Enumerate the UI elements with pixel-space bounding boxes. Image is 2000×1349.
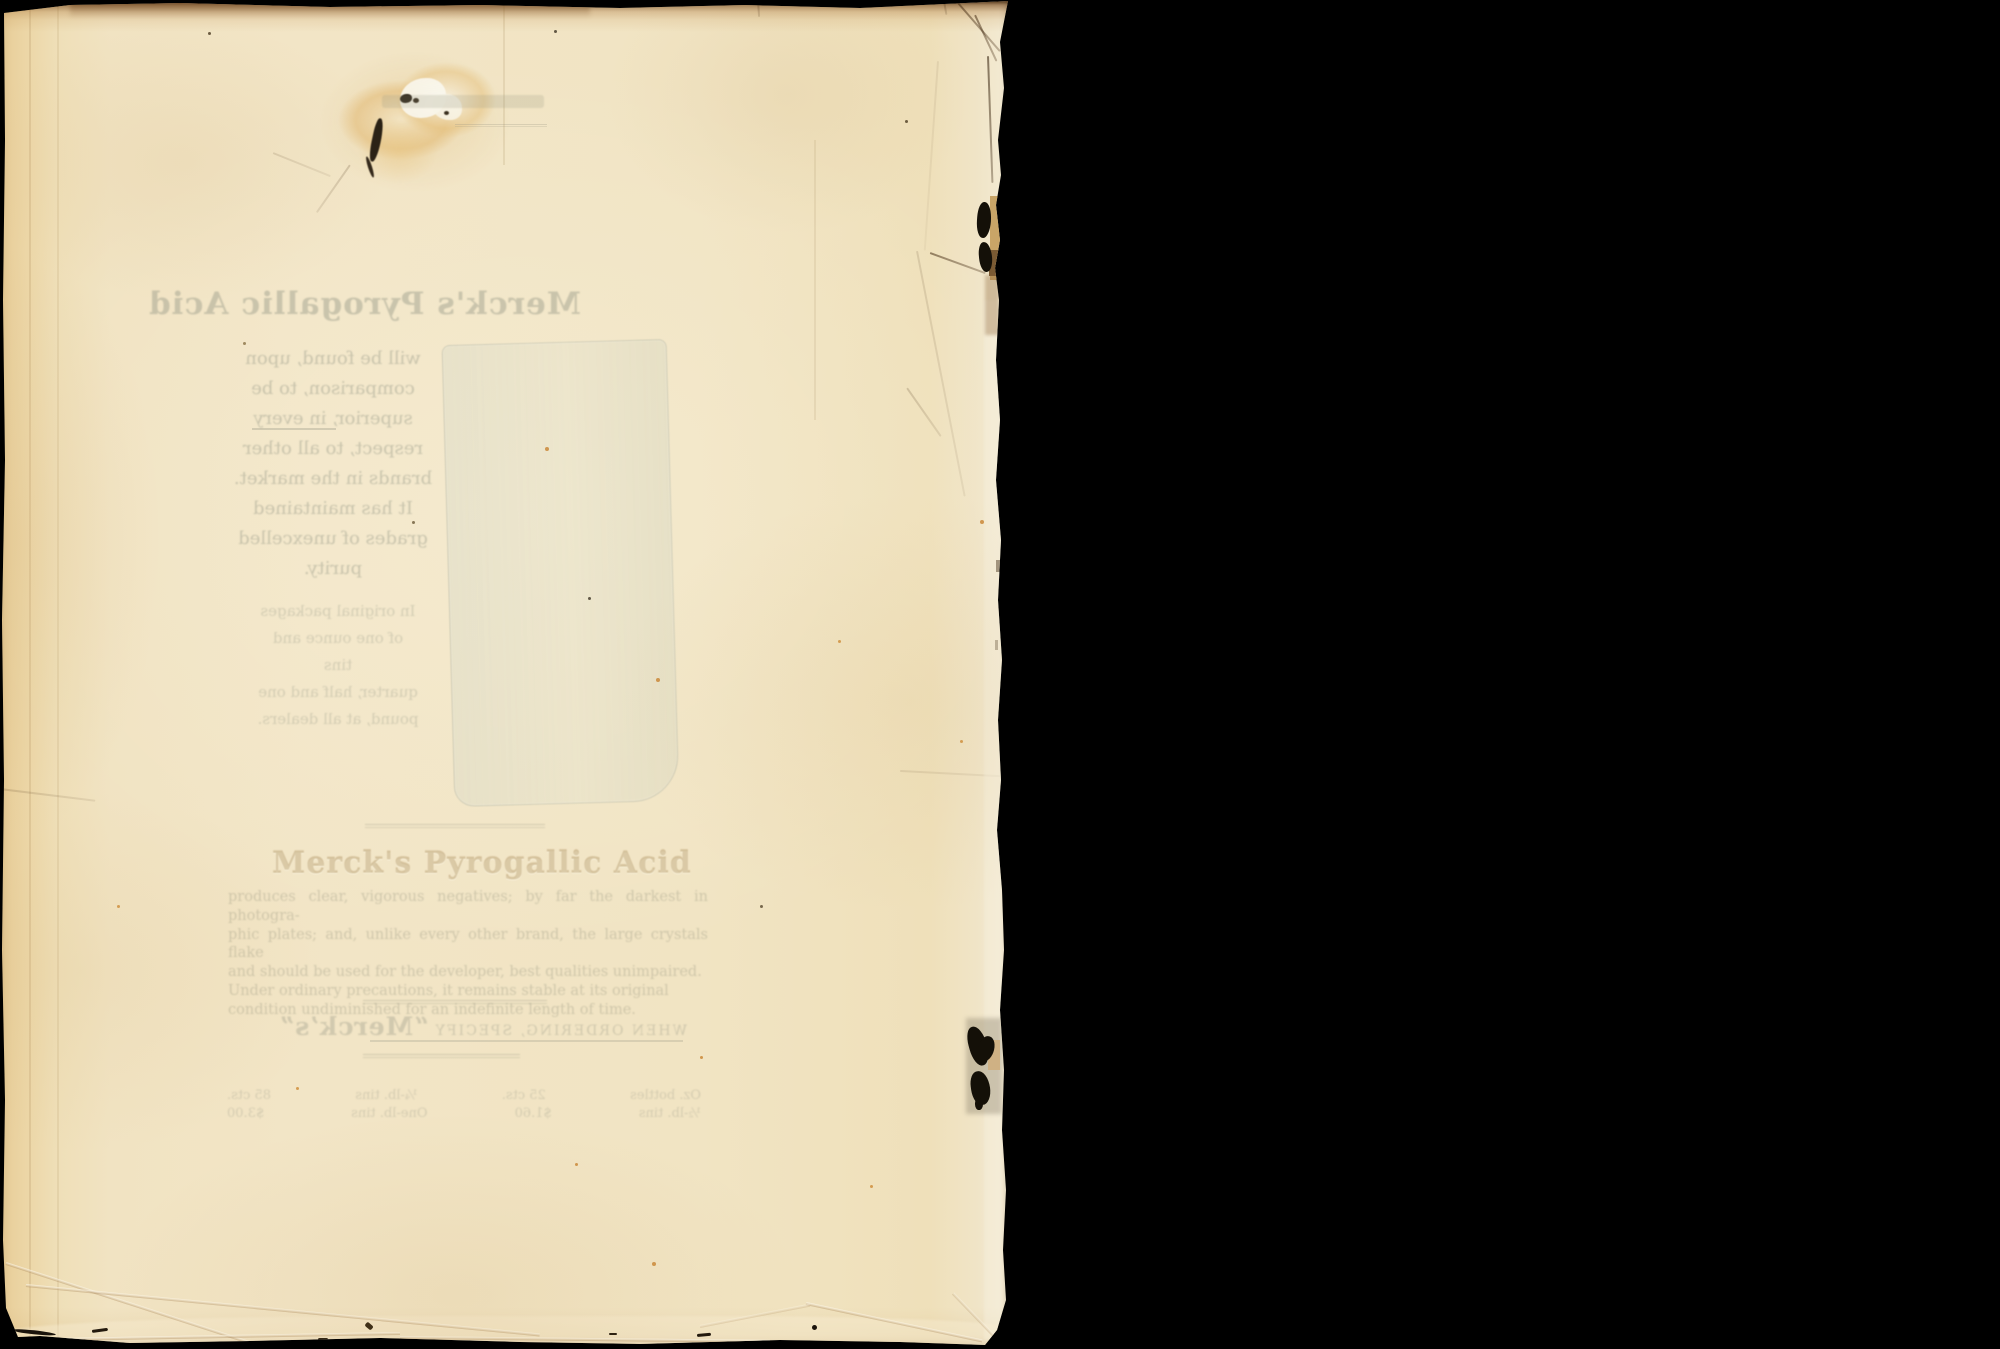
edge-smudge: [985, 275, 999, 335]
ink-mark: [975, 1098, 983, 1110]
torn-edge-highlight: [984, 300, 1002, 1340]
ghost-banner-underline: [370, 1040, 683, 1042]
ghost-price-cell: 25 cts.: [502, 1088, 546, 1103]
foxing-speck: [117, 905, 120, 908]
ghost-text-line: Under ordinary precautions, it remains s…: [228, 982, 708, 1001]
ghost-text-line: will be found, upon: [233, 344, 433, 374]
ghost-price-cell: Oz. bottles: [630, 1088, 701, 1103]
foxing-speck: [545, 447, 549, 451]
scanned-page: Merck's Pyrogallic Acid will be found, u…: [0, 0, 1010, 1349]
gutter-fold-line: [29, 0, 31, 1349]
crease-crack-dark: [318, 1338, 328, 1341]
ghost-masthead-bar: [382, 95, 544, 108]
stain: [320, 52, 520, 212]
gutter-fold-line: [57, 0, 59, 1349]
ghost-text-line: It has maintained: [233, 494, 433, 524]
edge-crease: [924, 61, 939, 251]
foxing-speck: [700, 1056, 703, 1059]
foxing-speck: [905, 120, 908, 123]
ghost-text-line: comparison, to be: [233, 374, 433, 404]
ghost-price-cell: One-lb. tins: [351, 1106, 427, 1121]
ghost-text-line: produces clear, vigorous negatives; by f…: [228, 888, 708, 926]
vertical-crease: [814, 140, 816, 420]
edge-crease: [906, 387, 941, 436]
ghost-divider: [363, 1000, 547, 1004]
ghost-price-row: ½-lb. tins $1.60 One-lb. tins $3.00: [227, 1106, 701, 1121]
tear-crack: [974, 15, 997, 62]
ghost-divider: [363, 1054, 520, 1058]
ghost-bottle-image: [442, 339, 680, 807]
ghost-text-line: tins: [238, 652, 438, 679]
edge-crease: [916, 251, 966, 497]
foxing-speck: [838, 640, 841, 643]
stain-dark-speck: [444, 111, 449, 115]
foxing-speck: [980, 520, 984, 524]
ghost-text-line: brands in the market.: [233, 464, 433, 494]
foxing-speck: [208, 32, 211, 35]
foxing-speck: [412, 521, 415, 524]
tear-crack: [757, 1, 760, 17]
ghost-price-cell: ½-lb. tins: [639, 1106, 701, 1121]
ghost-text-line: and should be used for the developer, be…: [228, 963, 708, 982]
edge-nick: [995, 640, 998, 650]
ghost-text-line: In original packages: [238, 598, 438, 625]
ghost-headline-embossed: Merck's Pyrogallic Acid: [272, 846, 634, 881]
crease-crack-dark: [812, 1325, 817, 1330]
ghost-text-line: purity.: [233, 554, 433, 584]
ghost-banner-text: when ordering, specify: [434, 1023, 687, 1039]
foxing-speck: [243, 342, 246, 345]
foxing-speck: [656, 678, 660, 682]
ghost-caption-block: In original packagesof one ounce andtins…: [238, 598, 438, 733]
foxing-speck: [575, 1163, 578, 1166]
crease-crack-dark: [447, 1343, 459, 1345]
tear-crack: [930, 252, 986, 274]
ghost-underline: [252, 428, 336, 430]
foxing-speck: [554, 30, 557, 33]
ghost-left-column: will be found, uponcomparison, to besupe…: [233, 344, 433, 584]
ghost-price-cell: $1.60: [515, 1106, 552, 1121]
tear-crack: [943, 1, 947, 15]
foxing-speck: [652, 1262, 656, 1266]
edge-nick: [996, 560, 1000, 572]
ghost-text-line: respect, to all other: [233, 434, 433, 464]
ghost-banner-brand: “Merck’s”: [279, 1012, 429, 1041]
ghost-price-cell: $3.00: [227, 1106, 264, 1121]
ghost-masthead-underline: [455, 124, 547, 127]
foxing-speck: [296, 1087, 299, 1090]
scanner-bed: Merck's Pyrogallic Acid will be found, u…: [0, 0, 2000, 1349]
ghost-text-line: of one ounce and: [238, 625, 438, 652]
ghost-price-cell: 85 cts.: [227, 1088, 271, 1103]
crease-crack-dark: [0, 788, 95, 802]
ghost-divider: [365, 824, 545, 828]
foxing-speck: [760, 905, 763, 908]
foxing-speck: [588, 597, 591, 600]
ghost-text-line: phic plates; and, unlike every other bra…: [228, 926, 708, 964]
ghost-price-cell: ¼-lb. tins: [355, 1088, 417, 1103]
ghost-text-line: pound, at all dealers.: [238, 706, 438, 733]
ghost-price-row: Oz. bottles 25 cts. ¼-lb. tins 85 cts.: [227, 1088, 701, 1103]
ghost-text-line: quarter, half and one: [238, 679, 438, 706]
ghost-banner: when ordering, specify “Merck’s”: [227, 1012, 687, 1041]
ghost-text-line: grades of unexcelled: [233, 524, 433, 554]
tear-crack: [987, 56, 993, 183]
ghost-headline-mirrored: Merck's Pyrogallic Acid: [225, 286, 581, 322]
foxing-speck: [870, 1185, 873, 1188]
page-top-burn-edge: [70, 0, 590, 18]
edge-nick: [998, 823, 1002, 833]
crease-crack-dark: [609, 1333, 617, 1335]
foxing-speck: [960, 740, 963, 743]
